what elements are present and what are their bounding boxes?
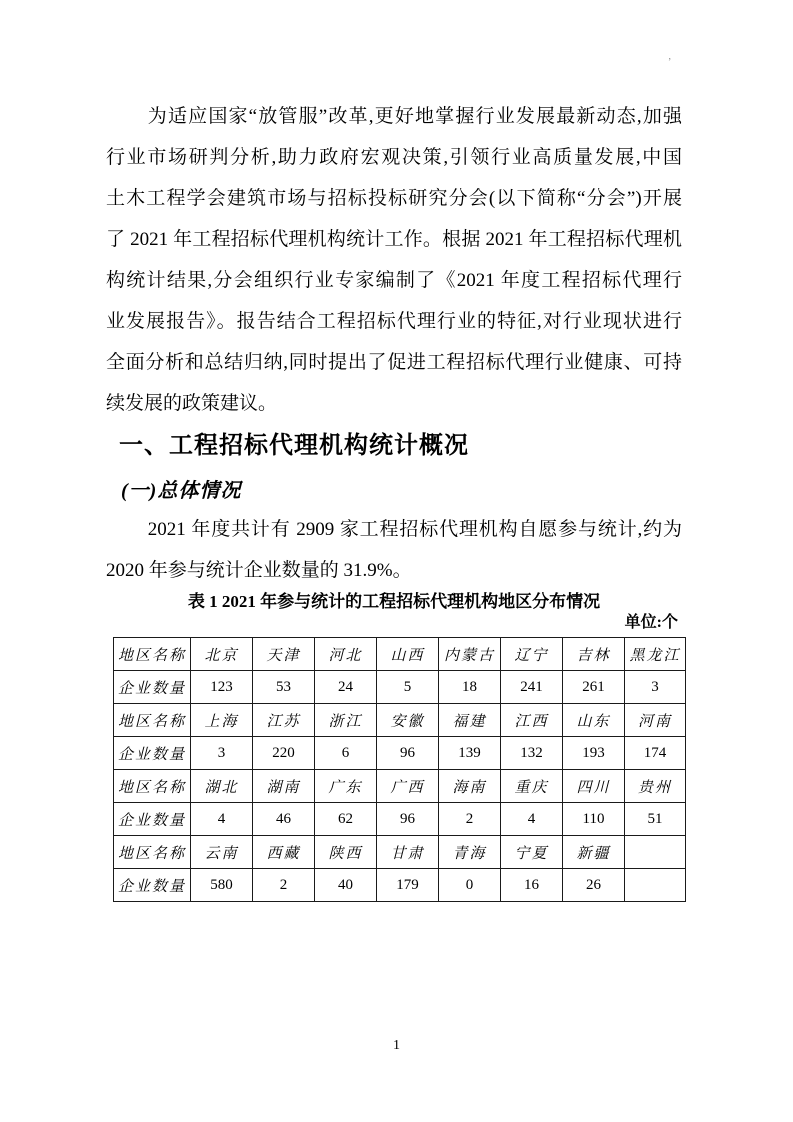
count-cell: 46	[253, 803, 315, 836]
page-number: 1	[0, 1036, 793, 1056]
count-cell: 220	[253, 737, 315, 770]
region-cell: 浙江	[315, 704, 377, 737]
count-cell: 110	[563, 803, 625, 836]
count-cell: 261	[563, 671, 625, 704]
count-cell: 132	[501, 737, 563, 770]
region-cell: 广东	[315, 770, 377, 803]
region-cell: 甘肃	[377, 836, 439, 869]
count-cell: 174	[625, 737, 686, 770]
count-cell: 179	[377, 869, 439, 902]
region-cell: 山东	[563, 704, 625, 737]
region-cell: 西藏	[253, 836, 315, 869]
count-cell: 3	[191, 737, 253, 770]
region-cell: 江西	[501, 704, 563, 737]
region-cell: 重庆	[501, 770, 563, 803]
region-cell: 山西	[377, 638, 439, 671]
count-cell: 2	[439, 803, 501, 836]
row-label-cell: 企业数量	[114, 869, 191, 902]
region-cell: 安徽	[377, 704, 439, 737]
region-cell: 贵州	[625, 770, 686, 803]
region-cell: 海南	[439, 770, 501, 803]
region-cell: 四川	[563, 770, 625, 803]
count-cell: 16	[501, 869, 563, 902]
count-cell: 193	[563, 737, 625, 770]
count-cell: 580	[191, 869, 253, 902]
paragraph-line: 全面分析和总结归纳,同时提出了促进工程招标代理行业健康、可持	[106, 342, 682, 383]
table-row-regions: 地区名称北京天津河北山西内蒙古辽宁吉林黑龙江	[114, 638, 686, 671]
count-cell: 51	[625, 803, 686, 836]
row-label-cell: 企业数量	[114, 737, 191, 770]
region-cell	[625, 836, 686, 869]
count-cell: 241	[501, 671, 563, 704]
table-row-counts: 企业数量44662962411051	[114, 803, 686, 836]
table-row-counts: 企业数量58024017901626	[114, 869, 686, 902]
paragraph-line: 续发展的政策建议。	[106, 383, 682, 424]
document-page: ’ 为适应国家“放管服”改革,更好地掌握行业发展最新动态,加强 行业市场研判分析…	[0, 0, 793, 1122]
region-cell: 上海	[191, 704, 253, 737]
unit-label: 单位:个	[106, 612, 678, 634]
region-cell: 江苏	[253, 704, 315, 737]
paragraph-line: 业发展报告》。报告结合工程招标代理行业的特征,对行业现状进行	[106, 301, 682, 342]
region-cell: 黑龙江	[625, 638, 686, 671]
count-cell: 96	[377, 737, 439, 770]
region-cell: 内蒙古	[439, 638, 501, 671]
count-cell: 4	[501, 803, 563, 836]
count-cell	[625, 869, 686, 902]
region-cell: 新疆	[563, 836, 625, 869]
region-cell: 河南	[625, 704, 686, 737]
row-label-cell: 地区名称	[114, 638, 191, 671]
count-cell: 24	[315, 671, 377, 704]
count-cell: 2	[253, 869, 315, 902]
paragraph-line: 了 2021 年工程招标代理机构统计工作。根据 2021 年工程招标代理机	[106, 219, 682, 260]
count-cell: 40	[315, 869, 377, 902]
region-cell: 河北	[315, 638, 377, 671]
table-row-regions: 地区名称云南西藏陕西甘肃青海宁夏新疆	[114, 836, 686, 869]
row-label-cell: 企业数量	[114, 803, 191, 836]
count-cell: 96	[377, 803, 439, 836]
paragraph-line: 构统计结果,分会组织行业专家编制了《2021 年度工程招标代理行	[106, 260, 682, 301]
row-label-cell: 企业数量	[114, 671, 191, 704]
region-distribution-table: 地区名称北京天津河北山西内蒙古辽宁吉林黑龙江企业数量12353245182412…	[113, 637, 686, 902]
paragraph-line: 2021 年度共计有 2909 家工程招标代理机构自愿参与统计,约为	[106, 509, 682, 550]
count-cell: 53	[253, 671, 315, 704]
region-cell: 陕西	[315, 836, 377, 869]
paragraph-line: 为适应国家“放管服”改革,更好地掌握行业发展最新动态,加强	[106, 96, 682, 137]
count-cell: 0	[439, 869, 501, 902]
region-cell: 湖北	[191, 770, 253, 803]
paragraph-line: 行业市场研判分析,助力政府宏观决策,引领行业高质量发展,中国	[106, 137, 682, 178]
region-cell: 宁夏	[501, 836, 563, 869]
count-cell: 3	[625, 671, 686, 704]
region-cell: 福建	[439, 704, 501, 737]
region-cell: 辽宁	[501, 638, 563, 671]
count-cell: 62	[315, 803, 377, 836]
corner-mark: ’	[668, 57, 671, 68]
row-label-cell: 地区名称	[114, 704, 191, 737]
row-label-cell: 地区名称	[114, 770, 191, 803]
count-cell: 26	[563, 869, 625, 902]
region-cell: 湖南	[253, 770, 315, 803]
paragraph-line: 土木工程学会建筑市场与招标投标研究分会(以下简称“分会”)开展	[106, 178, 682, 219]
count-cell: 139	[439, 737, 501, 770]
stats-table-body: 地区名称北京天津河北山西内蒙古辽宁吉林黑龙江企业数量12353245182412…	[114, 638, 686, 902]
row-label-cell: 地区名称	[114, 836, 191, 869]
count-cell: 4	[191, 803, 253, 836]
region-cell: 广西	[377, 770, 439, 803]
table-caption: 表 1 2021 年参与统计的工程招标代理机构地区分布情况	[106, 590, 682, 614]
table-row-counts: 企业数量3220696139132193174	[114, 737, 686, 770]
count-cell: 123	[191, 671, 253, 704]
count-cell: 18	[439, 671, 501, 704]
count-cell: 6	[315, 737, 377, 770]
count-cell: 5	[377, 671, 439, 704]
region-cell: 云南	[191, 836, 253, 869]
intro-paragraph: 为适应国家“放管服”改革,更好地掌握行业发展最新动态,加强 行业市场研判分析,助…	[106, 96, 682, 424]
paragraph-line: 2020 年参与统计企业数量的 31.9%。	[106, 550, 682, 591]
subsection-heading: (一)总体情况	[121, 476, 241, 506]
table-row-counts: 企业数量12353245182412613	[114, 671, 686, 704]
region-cell: 北京	[191, 638, 253, 671]
region-cell: 青海	[439, 836, 501, 869]
region-cell: 吉林	[563, 638, 625, 671]
table-row-regions: 地区名称上海江苏浙江安徽福建江西山东河南	[114, 704, 686, 737]
region-cell: 天津	[253, 638, 315, 671]
section-heading: 一、工程招标代理机构统计概况	[119, 430, 469, 462]
overview-paragraph: 2021 年度共计有 2909 家工程招标代理机构自愿参与统计,约为 2020 …	[106, 509, 682, 591]
table-row-regions: 地区名称湖北湖南广东广西海南重庆四川贵州	[114, 770, 686, 803]
